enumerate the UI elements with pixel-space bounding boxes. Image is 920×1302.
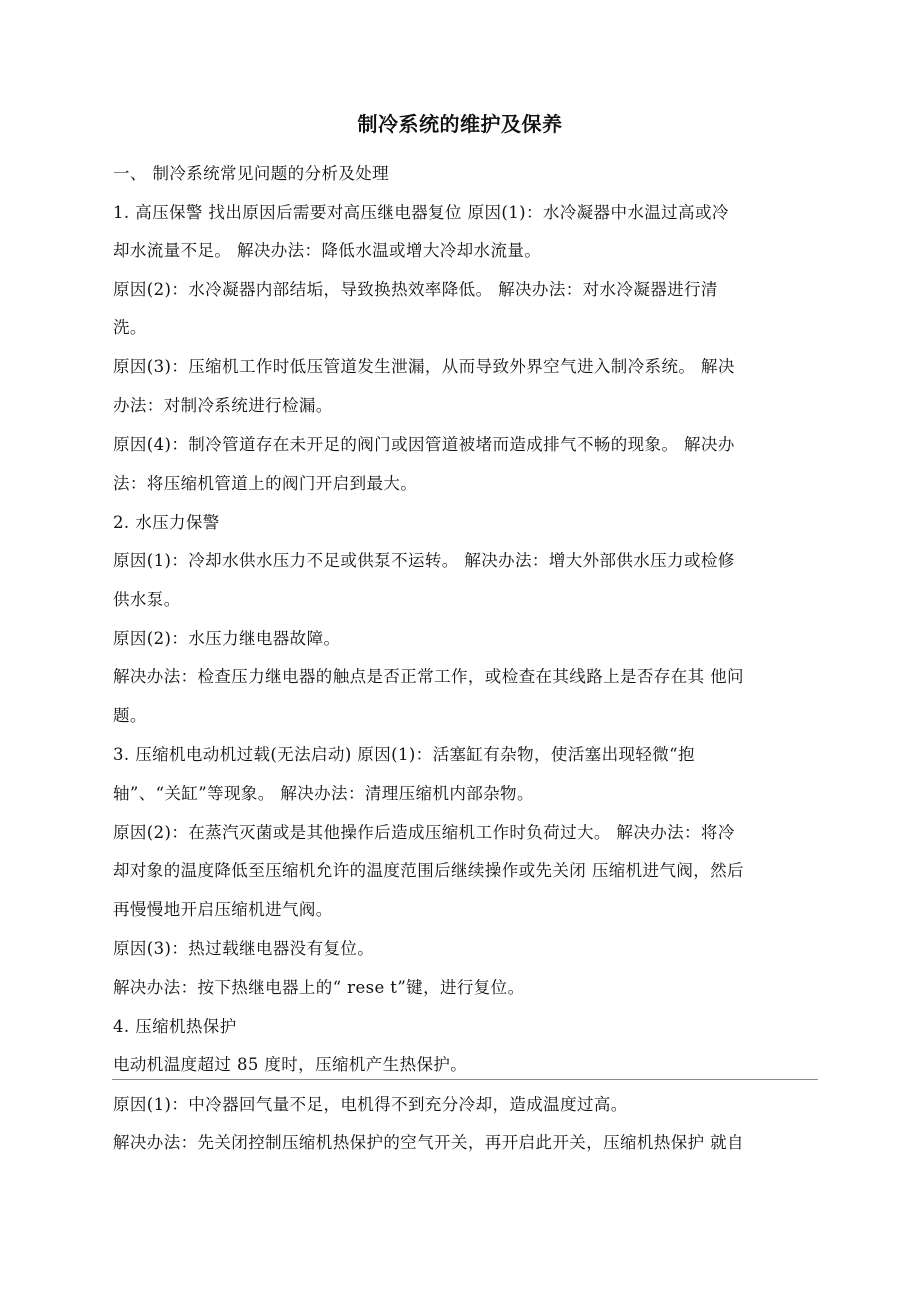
paragraph-line: 题。 [113,706,813,726]
subsection-heading: 3. 压缩机电动机过载(无法启动) 原因(1)：活塞缸有杂物，使活塞出现轻微“抱 [113,745,813,765]
paragraph-line: 却对象的温度降低至压缩机允许的温度范围后继续操作或先关闭 压缩机进气阀，然后 [113,861,813,881]
horizontal-rule [112,1079,818,1080]
subsection-heading: 4. 压缩机热保护 [113,1017,813,1037]
paragraph-line: 却水流量不足。 解决办法：降低水温或增大冷却水流量。 [113,241,813,261]
paragraph-line: 电动机温度超过 85 度时，压缩机产生热保护。 [113,1055,813,1075]
paragraph-line: 原因(3)：热过载继电器没有复位。 [113,939,813,959]
paragraph-line: 原因(1)：中冷器回气量不足，电机得不到充分冷却，造成温度过高。 [113,1095,813,1115]
paragraph-line: 解决办法：先关闭控制压缩机热保护的空气开关，再开启此开关，压缩机热保护 就自 [113,1133,813,1153]
document-title: 制冷系统的维护及保养 [0,108,920,137]
paragraph-line: 1. 高压保警 找出原因后需要对高压继电器复位 原因(1)：水冷凝器中水温过高或… [113,203,813,223]
paragraph-line: 轴”、“关缸”等现象。 解决办法：清理压缩机内部杂物。 [113,784,813,804]
subsection-heading: 2. 水压力保警 [113,513,813,533]
paragraph-line: 洗。 [113,318,813,338]
paragraph-line: 原因(2)：水压力继电器故障。 [113,629,813,649]
document-page: 制冷系统的维护及保养 一、 制冷系统常见问题的分析及处理 1. 高压保警 找出原… [0,0,920,1302]
paragraph-line: 办法：对制冷系统进行检漏。 [113,396,813,416]
paragraph-line: 原因(4)：制冷管道存在未开足的阀门或因管道被堵而造成排气不畅的现象。 解决办 [113,435,813,455]
paragraph-line: 解决办法：按下热继电器上的“ rese t”键，进行复位。 [113,978,813,998]
paragraph-line: 原因(3)：压缩机工作时低压管道发生泄漏，从而导致外界空气进入制冷系统。 解决 [113,357,813,377]
paragraph-line: 原因(2)：水冷凝器内部结垢，导致换热效率降低。 解决办法：对水冷凝器进行清 [113,280,813,300]
paragraph-line: 供水泵。 [113,590,813,610]
paragraph-line: 解决办法：检查压力继电器的触点是否正常工作，或检查在其线路上是否存在其 他问 [113,667,813,687]
paragraph-line: 再慢慢地开启压缩机进气阀。 [113,900,813,920]
section-heading: 一、 制冷系统常见问题的分析及处理 [113,164,813,184]
paragraph-line: 原因(1)：冷却水供水压力不足或供泵不运转。 解决办法：增大外部供水压力或检修 [113,551,813,571]
paragraph-line: 法：将压缩机管道上的阀门开启到最大。 [113,474,813,494]
paragraph-line: 原因(2)：在蒸汽灭菌或是其他操作后造成压缩机工作时负荷过大。 解决办法：将冷 [113,823,813,843]
